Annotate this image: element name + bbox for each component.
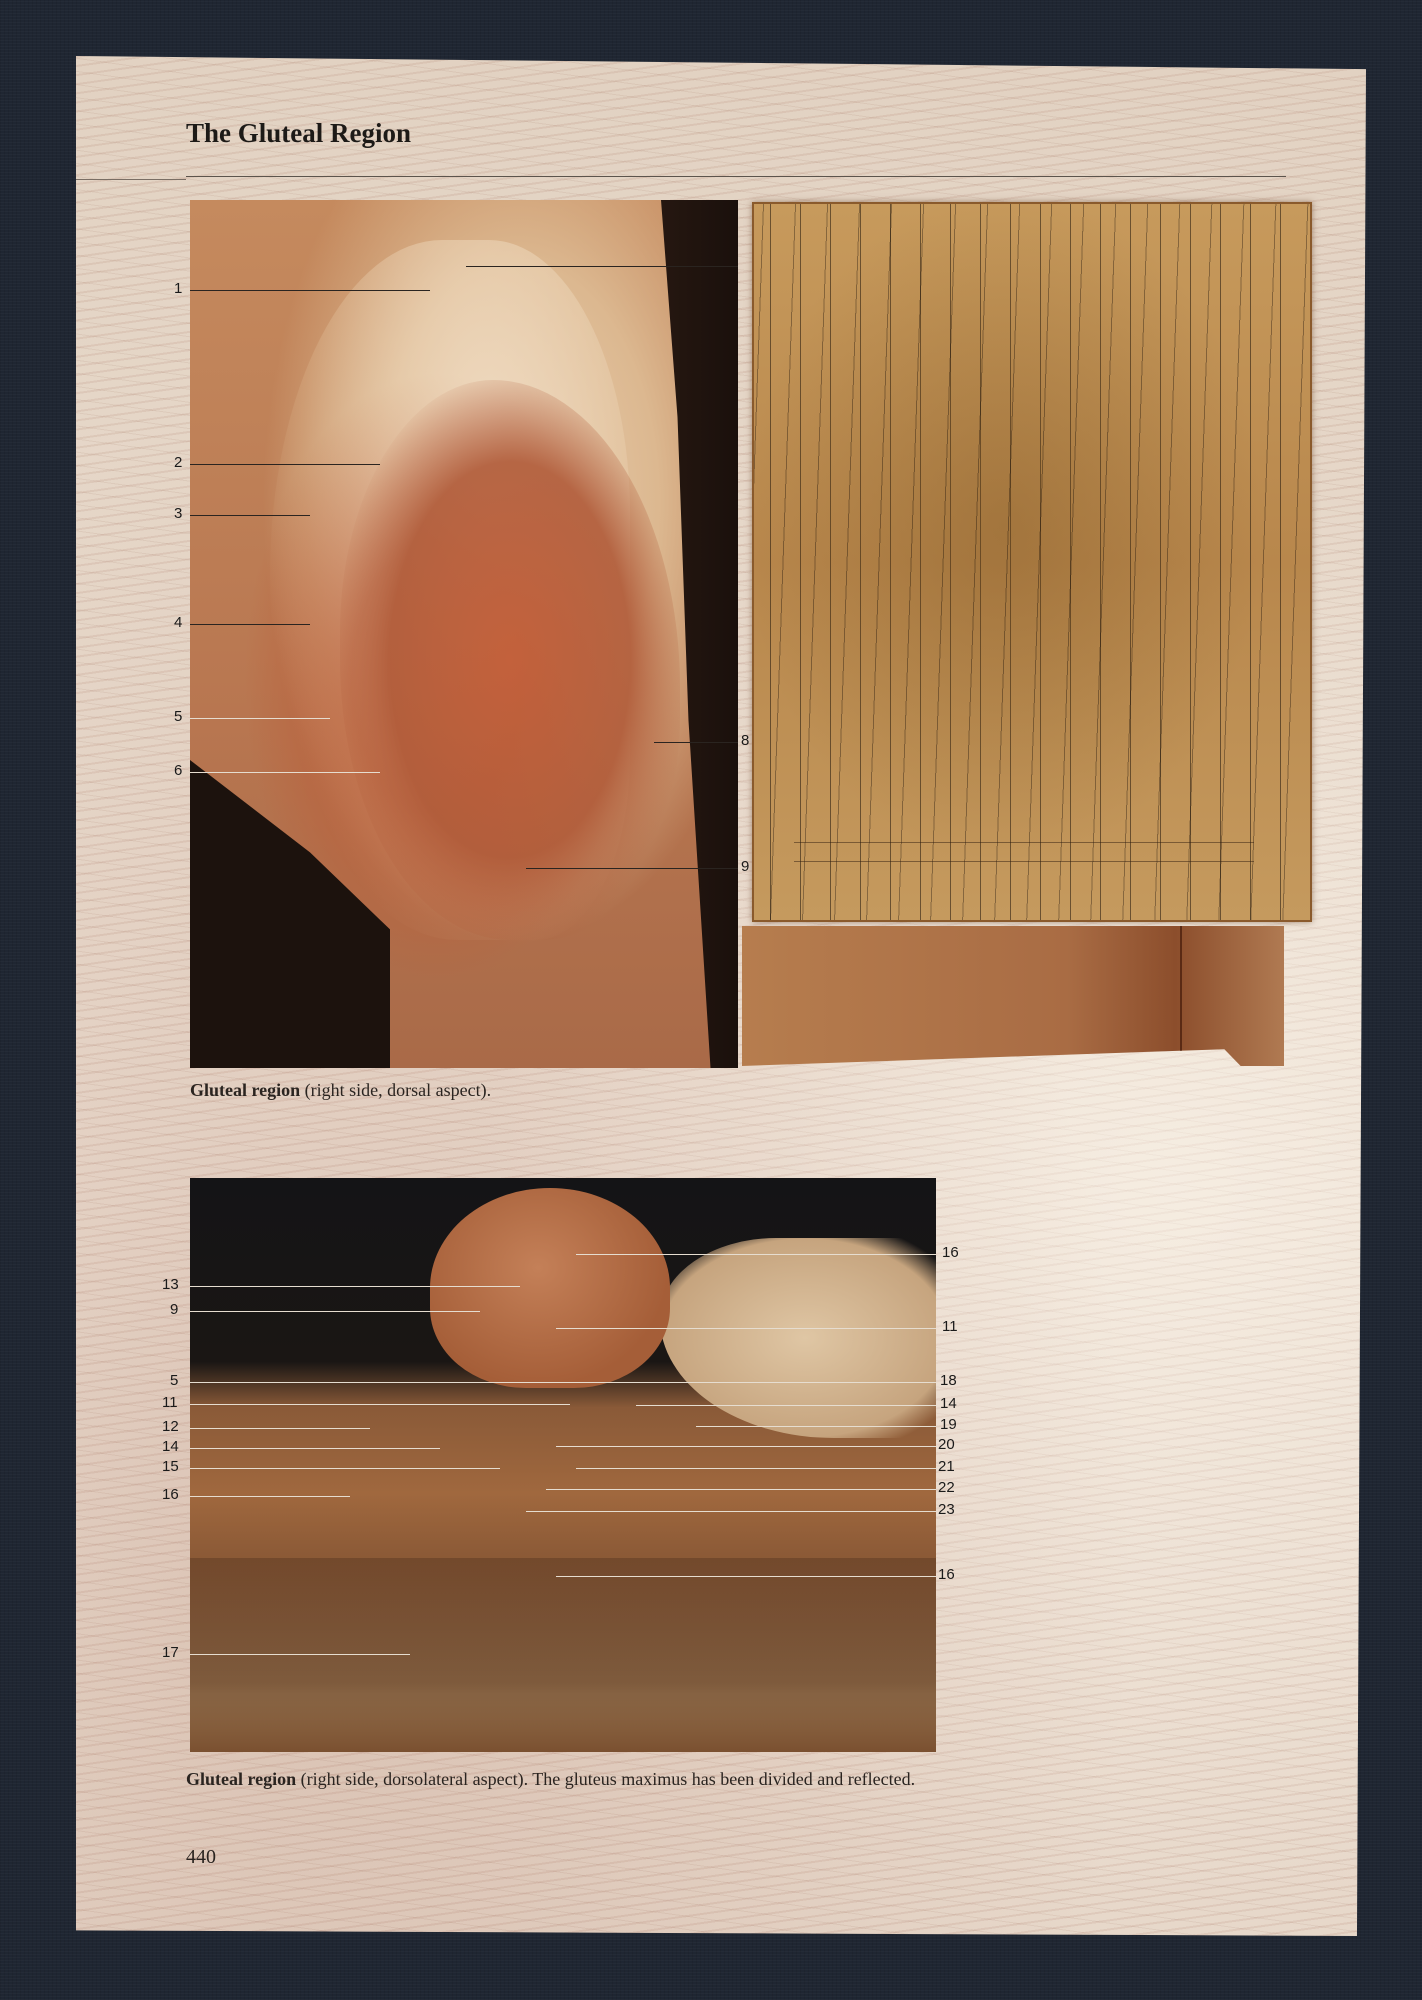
label-18: 18 [940,1372,957,1389]
leader-12 [190,1428,370,1429]
label-3: 3 [174,505,182,522]
label-19: 19 [940,1416,957,1433]
label-11a: 11 [942,1318,958,1335]
figure1-caption-bold: Gluteal region [190,1080,300,1100]
leader-7 [466,266,738,267]
leader-8 [654,742,738,743]
handwriting-strokes [754,204,1310,920]
label-6: 6 [174,762,182,779]
label-5b: 5 [170,1372,178,1389]
leader-5 [190,718,330,719]
label-14b: 14 [162,1438,179,1455]
book-page: The Gluteal Region 1 2 3 4 5 6 8 9 Glute… [76,56,1366,1936]
letter-signoff-lines [794,838,1254,880]
label-5: 5 [174,708,182,725]
handwritten-letter [752,202,1312,922]
figure1-caption-text: (right side, dorsal aspect). [300,1080,491,1100]
leader-22 [546,1489,936,1490]
label-17: 17 [162,1644,179,1661]
label-9b: 9 [170,1301,178,1318]
brown-paper-strip [742,926,1284,1066]
leader-9 [526,868,738,869]
pale-tissue [660,1238,936,1438]
label-16b: 16 [162,1486,179,1503]
leader-13 [190,1286,520,1287]
leader-15 [190,1468,500,1469]
label-23: 23 [938,1501,955,1518]
leader-18 [556,1382,936,1383]
page-number: 440 [186,1846,216,1869]
leader-6 [190,772,380,773]
leader-20 [556,1446,936,1447]
title-rule-left [76,179,186,180]
label-16c: 16 [938,1566,955,1583]
label-11b: 11 [162,1394,178,1411]
label-12: 12 [162,1418,179,1435]
leader-11a [556,1328,936,1329]
label-20: 20 [938,1436,955,1453]
figure2-caption-text: (right side, dorsolateral aspect). The g… [296,1769,915,1789]
label-2: 2 [174,454,182,471]
leader-16b [190,1496,350,1497]
leader-16c [556,1576,936,1577]
leader-9b [190,1311,480,1312]
dissection-photo-dorsal [190,200,738,1068]
label-1: 1 [174,280,182,297]
strip-fold-line [1180,926,1182,1066]
label-8: 8 [741,732,749,749]
gluteus-muscle [340,380,680,940]
leader-16a [576,1254,936,1255]
label-14a: 14 [940,1395,957,1412]
leader-19 [696,1426,936,1427]
label-4: 4 [174,614,182,631]
leader-21 [576,1468,936,1469]
page-title: The Gluteal Region [186,118,411,149]
leader-11b [190,1404,570,1405]
dissection-photo-dorsolateral [190,1178,936,1752]
leader-14a [636,1405,936,1406]
title-rule [186,176,1286,177]
label-22: 22 [938,1479,955,1496]
leader-1 [190,290,430,291]
leader-3 [190,515,310,516]
label-9: 9 [741,858,749,875]
label-16a: 16 [942,1244,959,1261]
leader-23 [526,1511,936,1512]
label-21: 21 [938,1458,955,1475]
leader-2 [190,464,380,465]
leader-4 [190,624,310,625]
figure2-caption-bold: Gluteal region [186,1769,296,1789]
leader-14b [190,1448,440,1449]
leader-17 [190,1654,410,1655]
label-13: 13 [162,1276,179,1293]
reflected-gluteus-maximus [430,1188,670,1388]
label-15: 15 [162,1458,179,1475]
figure2-caption: Gluteal region (right side, dorsolateral… [186,1766,946,1793]
figure1-caption: Gluteal region (right side, dorsal aspec… [190,1080,491,1101]
lower-thigh-region [190,1558,936,1752]
